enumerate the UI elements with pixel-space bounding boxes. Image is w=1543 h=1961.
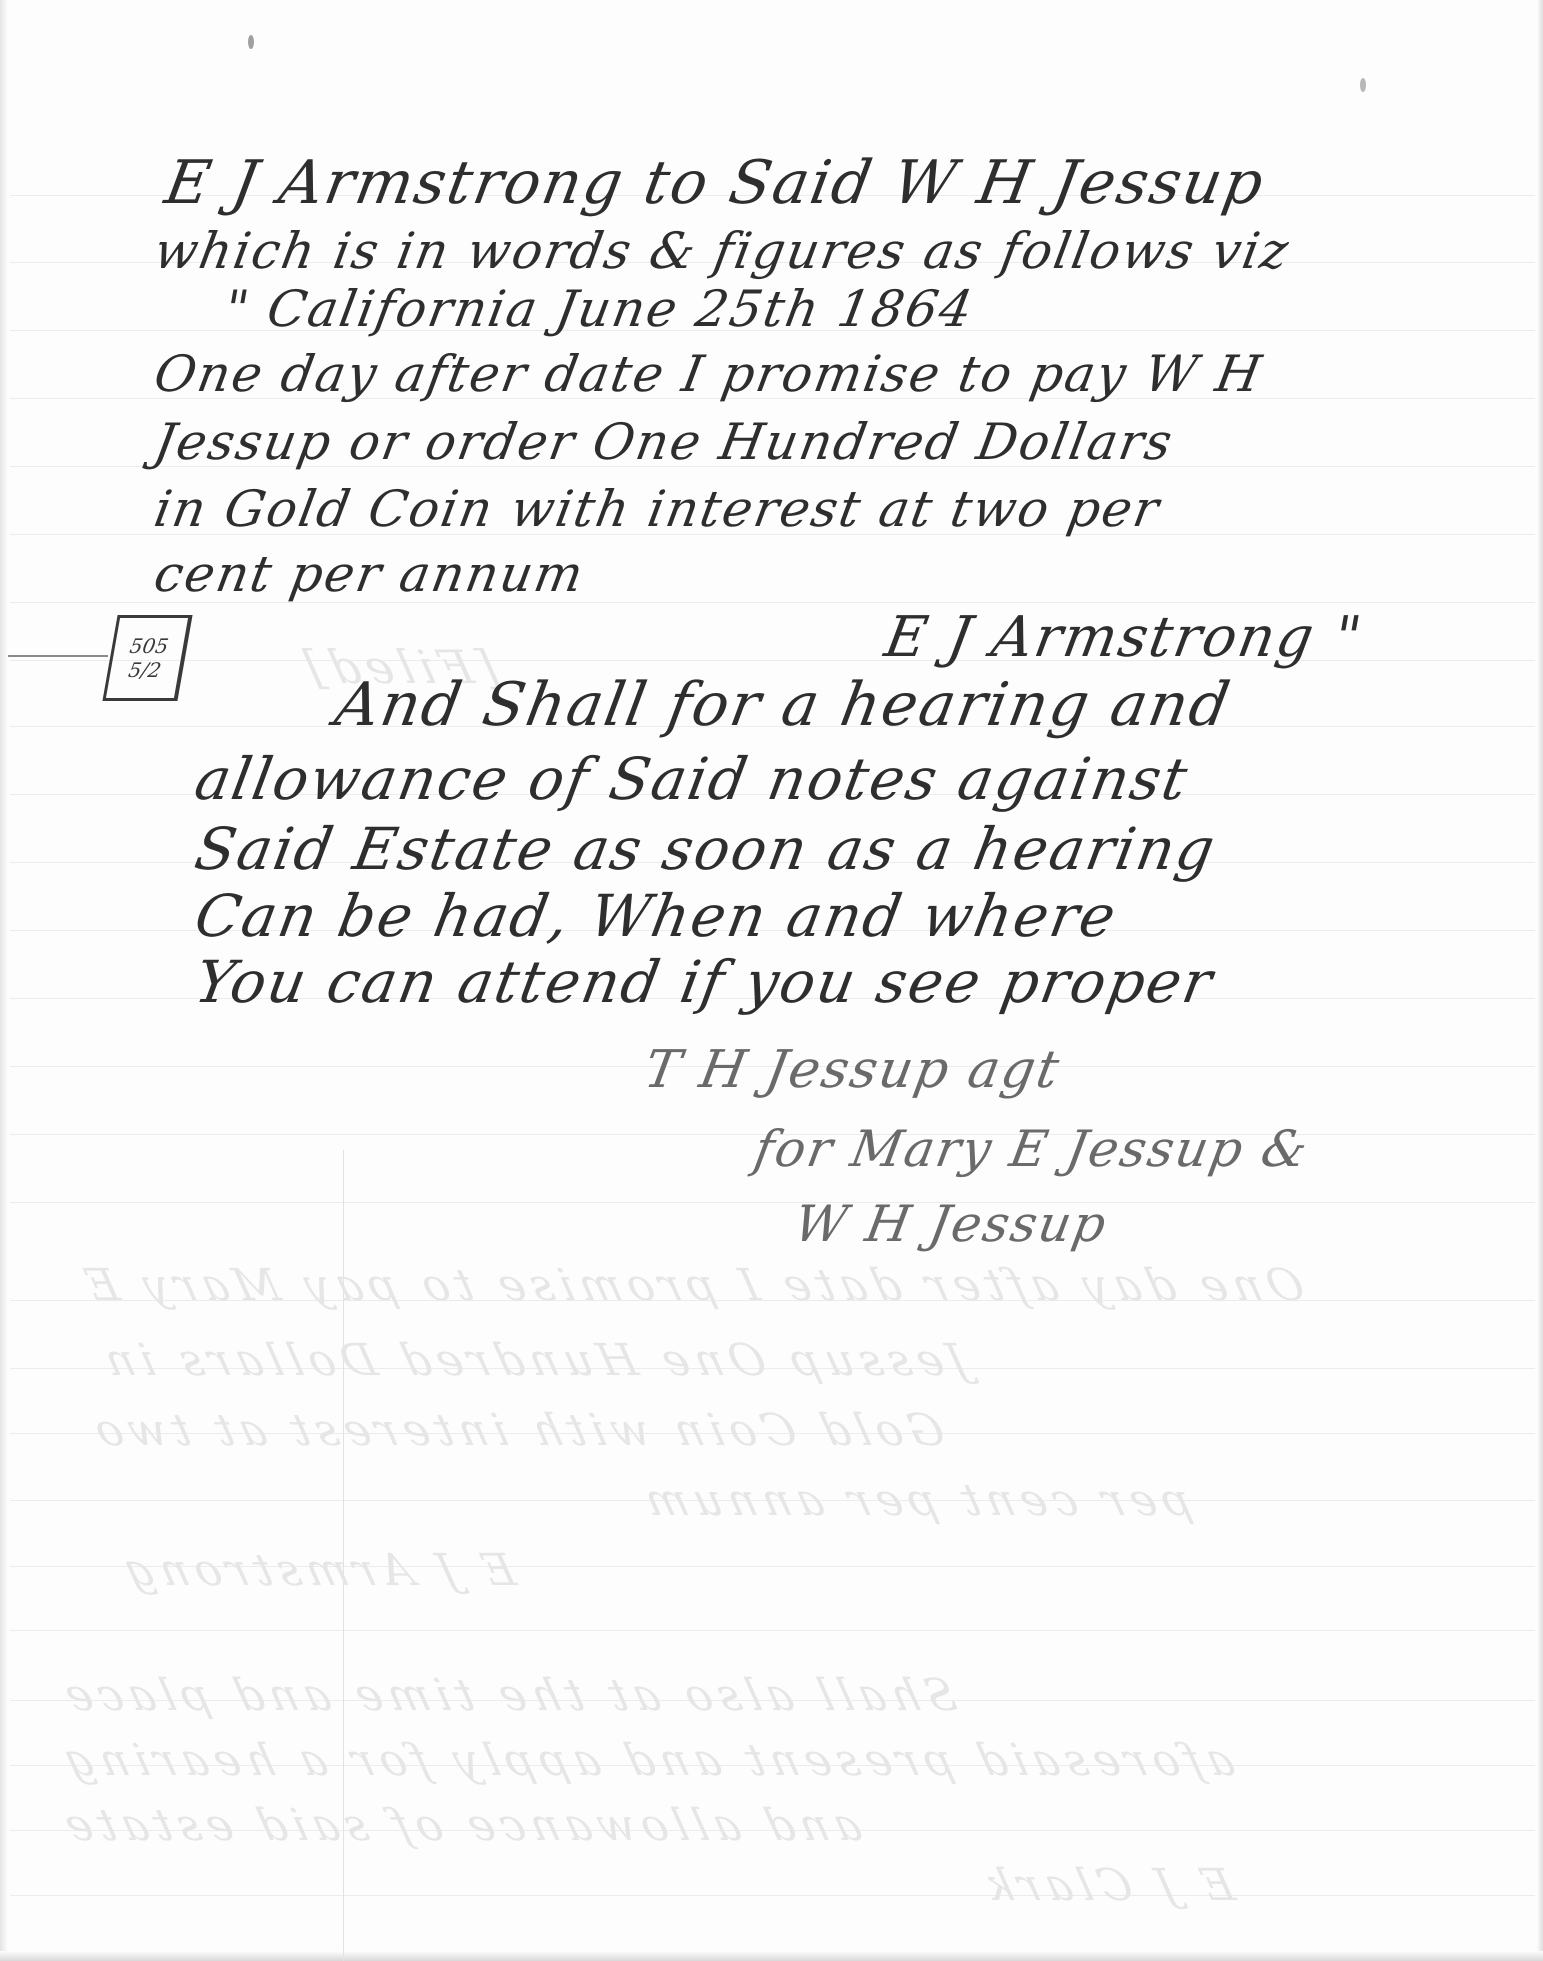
bleed-through-text: per cent per annum [634,1475,1197,1526]
folio-number: 505 [128,634,170,658]
handwritten-line: " California June 25th 1864 [220,280,979,338]
handwritten-line: Jessup or order One Hundred Dollars [150,413,1178,471]
bleed-through-text: aforesaid present and apply for a hearin… [54,1735,1240,1786]
handwritten-line: One day after date I promise to pay W H [150,345,1267,403]
bleed-through-text: E J Armstrong [114,1545,521,1596]
handwritten-line: Can be had, When and where [190,882,1123,950]
bleed-through-text: One day after date I promise to pay Mary… [74,1260,1310,1311]
bleed-through-text: E J Clark [974,1860,1240,1911]
margin-folio-box: 505 5/2 [102,615,192,701]
ruled-line [10,1630,1535,1631]
handwritten-line: And Shall for a hearing and [330,670,1236,740]
bleed-through-text: and allowance of said estate [54,1800,867,1851]
page-left-shadow [0,0,8,1961]
ruled-line [10,1202,1535,1203]
closing-signature: for Mary E Jessup & [750,1120,1314,1178]
ink-speck [248,35,254,49]
folio-subnumber: 5/2 [127,658,163,682]
handwritten-line: cent per annum [150,545,589,603]
document-page: [Filed] One day after date I promise to … [0,0,1543,1961]
handwritten-line: You can attend if you see proper [190,948,1219,1016]
page-bottom-edge [0,1951,1543,1961]
closing-signature: T H Jessup agt [640,1040,1065,1100]
closing-signature: W H Jessup [790,1195,1112,1253]
handwritten-line: Said Estate as soon as a hearing [190,815,1221,883]
bleed-through-text: Jessup One Hundred Dollars in [94,1335,973,1386]
handwritten-line: allowance of Said notes against [190,745,1194,813]
handwritten-line: E J Armstrong to Said W H Jessup [160,148,1270,218]
handwritten-line: in Gold Coin with interest at two per [150,480,1165,538]
page-right-edge [1537,0,1543,1961]
bleed-through-text: Gold Coin with interest at two [84,1405,950,1456]
folio-lead-line [8,655,108,657]
ruled-line [10,1895,1535,1896]
ink-speck [1360,78,1366,92]
bleed-through-text: Shall also at the time and place [54,1670,962,1721]
note-signature: E J Armstrong " [880,605,1368,670]
handwritten-line: which is in words & figures as follows v… [150,222,1294,280]
